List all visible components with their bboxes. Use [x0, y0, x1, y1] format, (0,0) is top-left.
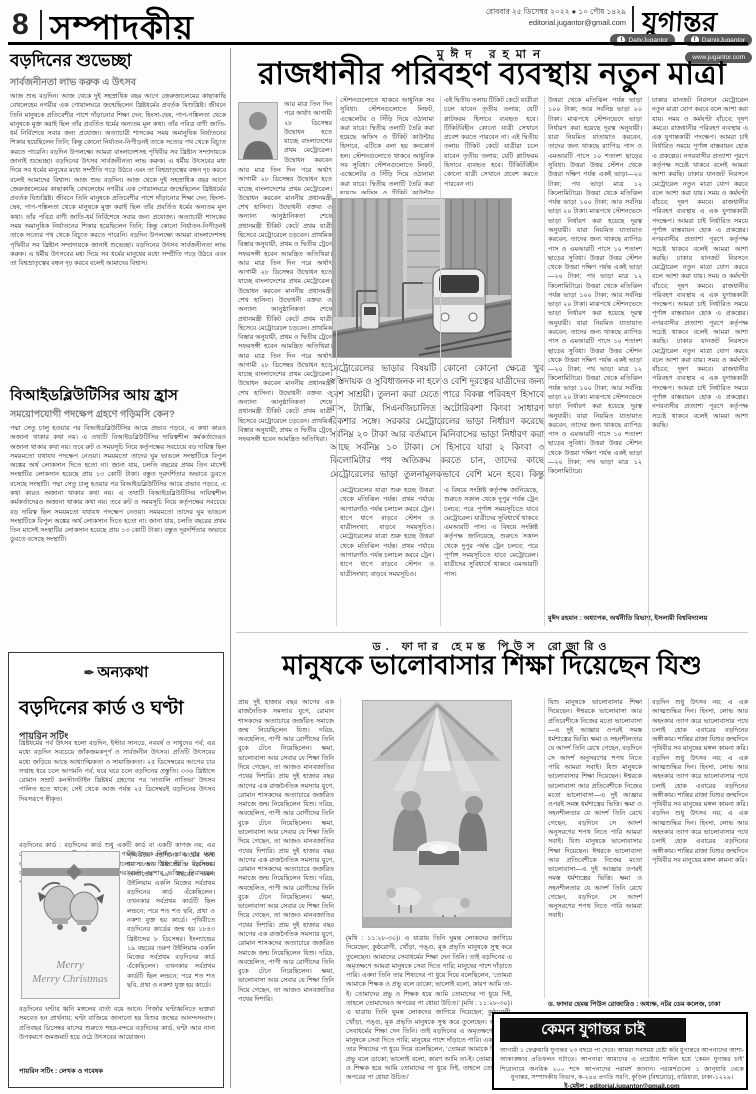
gutter-rule: [440, 96, 441, 626]
gutter-rule: [544, 698, 545, 998]
header-email[interactable]: editorial.jugantor@gmail.com: [430, 17, 626, 28]
onnokotha-logo: ✒অন্যকথা: [9, 661, 223, 686]
card-script-text: Merry Christmas: [31, 973, 107, 985]
christmas-card-illustration: Merry Merry Christmas: [22, 852, 119, 998]
metro-rail-photo: [332, 198, 512, 358]
onnokotha-body-beside-card: পৃথিবীতে বড়দিনের কার্ডের জন্ম হয় ১৮৪৩ …: [127, 851, 215, 999]
header-rule: [8, 42, 748, 45]
onnokotha-body-top: খ্রিষ্টধর্মের পর্ব উৎসব হলো বড়দিন, ইস্ট…: [19, 739, 215, 839]
second-col4: যিশু মানুষকে ভালোবাসার শিক্ষা দিয়েছেন। …: [548, 698, 642, 994]
editorial1-body: আজ শুভ বড়দিন। আজ থেকে দুই সহস্রাধিক বছর…: [10, 92, 226, 384]
editorial1-title: বড়দিনের শুভেচ্ছা: [10, 52, 226, 71]
main-col1: আর মাত্র তিন দিন পরে অর্থাৎ আগামী ২৮ ডিস…: [238, 166, 332, 626]
author-portrait-illustration: [239, 103, 277, 159]
onnokotha-body-bottom: বড়দিনের ঘণ্টার ধ্বনি মঙ্গলের বার্তা বয়…: [19, 1005, 215, 1061]
editorial1-subtitle: সার্বজনীনতা লাভ করুক এ উৎসব: [10, 76, 226, 91]
gutter-rule: [648, 96, 649, 626]
section-title: সম্পাদকীয়: [50, 2, 194, 58]
gutter-rule: [648, 698, 649, 998]
second-col5: বড়দিন শুধু উৎসব নয়; এ এক আত্মশুদ্ধির দ…: [652, 698, 748, 994]
card-script-line1: Merry: [55, 959, 84, 971]
christmas-card-photo: Merry Merry Christmas: [21, 851, 120, 999]
onnokotha-box: ✒অন্যকথা বড়দিনের কার্ড ও ঘণ্টা পায়রিন …: [8, 652, 224, 1088]
feedback-box-email[interactable]: ই-মেইল : editorial.jugantor@gmail.com: [500, 1081, 744, 1092]
header-divider: [40, 10, 42, 40]
feedback-box-title: কেমন যুগান্তর চাই: [500, 1018, 686, 1042]
main-col5: ঢাকার যানজট নিরসনে মেট্রোরেল নতুন মাত্রা…: [652, 96, 748, 606]
onnokotha-credit: পায়রিন সটিং : লেখক ও গবেষক: [19, 1065, 215, 1077]
second-article-credit: ড. ফাদার হেমন্ত পিউস রোজারিও : অধ্যক্ষ, …: [548, 998, 748, 1010]
second-col1: প্রায় দুই হাজার বছর আগের এক রাজনৈতিক সম…: [238, 698, 334, 1086]
second-col-mid-bottom: (মথি : ১১:২৮-৩০)। এ যাত্রায় তিনি ঘুমন্ত…: [346, 934, 512, 1084]
feedback-box: কেমন যুগান্তর চাই আগামী ১ ফেব্রুয়ারি যু…: [492, 1012, 748, 1090]
nativity-photo: [362, 700, 512, 928]
article-separator: [236, 632, 748, 633]
main-col4: উত্তরা থেকে মতিঝিল পর্যন্ত ভাড়া ১০০ টাক…: [548, 96, 642, 606]
nativity-illustration: [363, 701, 511, 927]
editorial2-subtitle: সময়োপযোগী পদক্ষেপ গ্রহণে গড়িমসি কেন?: [10, 408, 226, 423]
editorial2-body: পদ্মা সেতু চালু হওয়ার পর বিআইডব্লিউটিসি…: [10, 424, 226, 642]
editorial2-title: বিআইডব্লিউটিসির আয় হ্রাস: [10, 388, 226, 405]
date-line: রোববার ২৫ ডিসেম্বর ২০২২ ● ১০ পৌষ ১৪২৯: [430, 6, 626, 17]
newspaper-page: 8 সম্পাদকীয় রোববার ২৫ ডিসেম্বর ২০২২ ● ১…: [0, 0, 756, 1094]
left-column-divider: [230, 48, 231, 1088]
author-portrait-photo: [238, 102, 278, 160]
gutter-rule: [340, 698, 341, 1084]
metro-rail-illustration: [333, 199, 511, 357]
main-col1-intro: আর মাত্র তিন দিন পরে অর্থাৎ আগামী ২৮ ডিস…: [284, 100, 332, 162]
pen-icon: ✒: [84, 665, 95, 680]
feedback-box-body: আগামী ১ ফেব্রুয়ারি যুগান্তর ২৩ বছরে পা …: [500, 1046, 744, 1072]
main-col2-top: স্টেশনগুলোতে থাকবে আধুনিক সব সুবিধা। স্ট…: [340, 96, 434, 194]
main-col3-bottom: এ বিষয়ে সংশ্লিষ্ট কর্তৃপক্ষ জানিয়েছে, …: [444, 486, 538, 626]
pull-quote: মেট্রোরেলের ভাড়ার বিষয়টি কোনো কোনো ক্ষ…: [330, 362, 544, 480]
main-article-headline: রাজধানীর পরিবহণ ব্যবস্থায় নতুন মাত্রা: [236, 58, 748, 91]
main-col3-top: এই দ্বিতীয় তলায় টিকিট কেটে যাত্রীরা চল…: [444, 96, 538, 194]
gutter-rule: [336, 96, 337, 626]
second-article-headline: মানুষকে ভালোবাসার শিক্ষা দিয়েছেন যিশু: [236, 652, 748, 679]
gutter-rule: [544, 96, 545, 626]
page-number: 8: [12, 8, 29, 42]
date-line-block: রোববার ২৫ ডিসেম্বর ২০২২ ● ১০ পৌষ ১৪২৯ ed…: [430, 6, 626, 29]
main-col2-bottom: মেট্রোরেলের যাত্রা শুরু হচ্ছে উত্তরা থেক…: [340, 486, 434, 626]
onnokotha-headline: বড়দিনের কার্ড ও ঘণ্টা: [19, 694, 213, 726]
